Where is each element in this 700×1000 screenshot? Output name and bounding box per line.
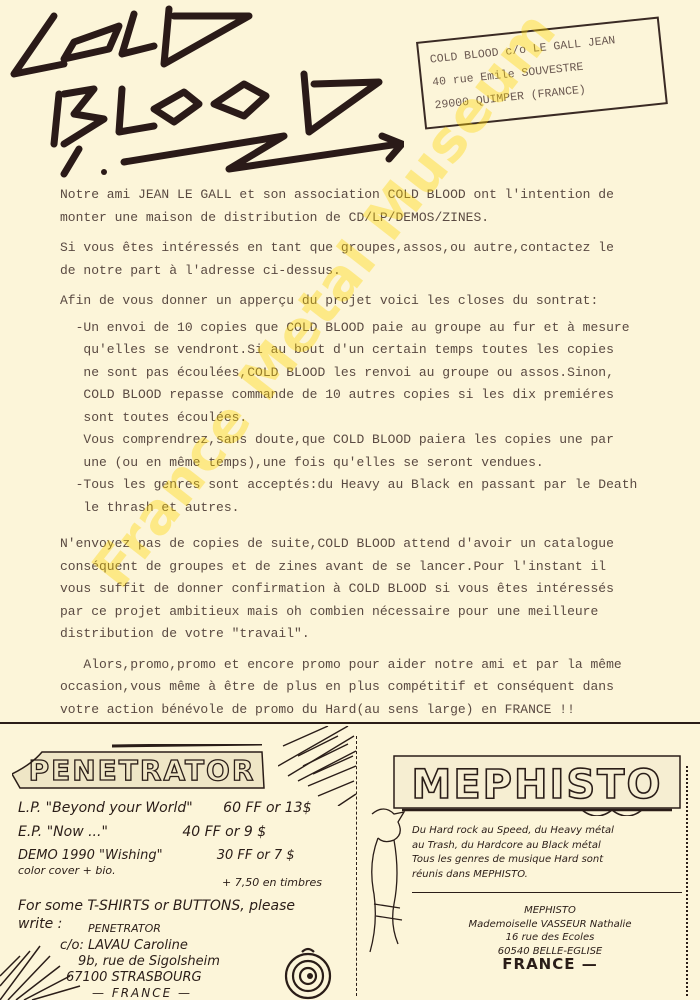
zine-page: COLD BLOOD c/o LE GALL JEAN 40 rue Emile… [0, 0, 700, 1000]
ad-border [356, 736, 358, 996]
mephisto-banner-logo: MEPHISTO [392, 750, 682, 816]
mephisto-description: Du Hard rock au Speed, du Heavy métal au… [412, 824, 614, 882]
contract-clause: une (ou en même temps),une fois qu'elles… [60, 452, 700, 475]
text-line: par ce projet ambitieux mais oh combien … [60, 601, 700, 624]
contract-clause: COLD BLOOD repasse commande de 10 autres… [60, 384, 700, 407]
description-line: réunis dans MEPHISTO. [412, 868, 614, 883]
contact-line: 9b, rue de Sigolsheim [78, 954, 220, 969]
svg-text:PENETRATOR: PENETRATOR [29, 754, 256, 787]
text-line: Alors,promo,promo et encore promo pour a… [60, 654, 700, 677]
contact-line: — FRANCE — [92, 986, 192, 1000]
text-line: votre action bénévole de promo du Hard(a… [60, 699, 700, 722]
contract-clause: ne sont pas écoulées,COLD BLOOD les renv… [60, 362, 700, 385]
cold-blood-logo [4, 4, 404, 184]
hatched-drawing-icon [278, 726, 358, 806]
demo-note: color cover + bio. [18, 864, 116, 877]
item-price: 60 FF or 13$ [223, 800, 311, 816]
merch-line: For some T-SHIRTS or BUTTONS, please [18, 898, 295, 914]
item-label: DEMO 1990 "Wishing" [18, 848, 163, 863]
address-stamp: COLD BLOOD c/o LE GALL JEAN 40 rue Emile… [416, 16, 668, 129]
contract-clause: sont toutes écoulées. [60, 407, 700, 430]
description-line: Du Hard rock au Speed, du Heavy métal [412, 824, 614, 839]
svg-text:MEPHISTO: MEPHISTO [412, 762, 663, 808]
contract-clause: -Un envoi de 10 copies que COLD BLOOD pa… [60, 317, 700, 340]
contract-clause: -Tous les genres sont acceptés:du Heavy … [60, 474, 700, 497]
text-line: monter une maison de distribution de CD/… [60, 207, 700, 230]
description-line: Tous les genres de musique Hard sont [412, 853, 614, 868]
contact-line: PENETRATOR [88, 922, 161, 935]
contact-line: MEPHISTO [420, 904, 680, 918]
penetrator-ad: PENETRATOR L.P. "Beyond your World" 60 F… [0, 726, 360, 1000]
contract-clause: qu'elles se vendront.Si au bout d'un cer… [60, 339, 700, 362]
figure-drawing-icon [364, 804, 408, 954]
text-line: N'envoyez pas de copies de suite,COLD BL… [60, 533, 700, 556]
ad-border [686, 766, 689, 996]
mephisto-contact: MEPHISTO Mademoiselle VASSEUR Nathalie 1… [420, 904, 680, 972]
penetrator-banner-logo: PENETRATOR [12, 744, 272, 790]
contract-clause: Vous comprendrez,sans doute,que COLD BLO… [60, 429, 700, 452]
country-label: FRANCE — [420, 958, 680, 972]
mephisto-ad: MEPHISTO Du Hard rock au Speed, du Heavy… [360, 726, 700, 1000]
hatched-corner-icon [0, 926, 90, 1000]
contact-line: 16 rue des Ecoles [420, 931, 680, 945]
article-body: Notre ami JEAN LE GALL et son associatio… [60, 184, 700, 721]
item-label: L.P. "Beyond your World" [18, 800, 193, 816]
section-divider [0, 722, 700, 724]
text-line: vous suffit de donner confirmation à COL… [60, 578, 700, 601]
text-line: Notre ami JEAN LE GALL et son associatio… [60, 184, 700, 207]
divider [412, 892, 682, 893]
text-line: Si vous êtes intéressés en tant que grou… [60, 237, 700, 260]
contract-clause: le thrash et autres. [60, 497, 700, 520]
text-line: distribution de votre "travail". [60, 623, 700, 646]
text-line: conséquent de groupes et de zines avant … [60, 556, 700, 579]
text-line: de notre part à l'adresse ci-dessus. [60, 260, 700, 283]
stamp-note: + 7,50 en timbres [222, 876, 322, 889]
contact-line: Mademoiselle VASSEUR Nathalie [420, 918, 680, 932]
description-line: au Trash, du Hardcore au Black métal [412, 839, 614, 854]
demo-item: DEMO 1990 "Wishing" 30 FF or 7 $ [18, 848, 295, 863]
spiral-emblem-icon [280, 944, 336, 1000]
ep-item: E.P. "Now ..." 40 FF or 9 $ [18, 824, 266, 840]
item-label: E.P. "Now ..." [18, 824, 108, 840]
item-price: 40 FF or 9 $ [182, 824, 266, 840]
item-price: 30 FF or 7 $ [217, 848, 295, 863]
lp-item: L.P. "Beyond your World" 60 FF or 13$ [18, 800, 311, 816]
text-line: Afin de vous donner un apperçu du projet… [60, 290, 700, 313]
text-line: occasion,vous même à être de plus en plu… [60, 676, 700, 699]
